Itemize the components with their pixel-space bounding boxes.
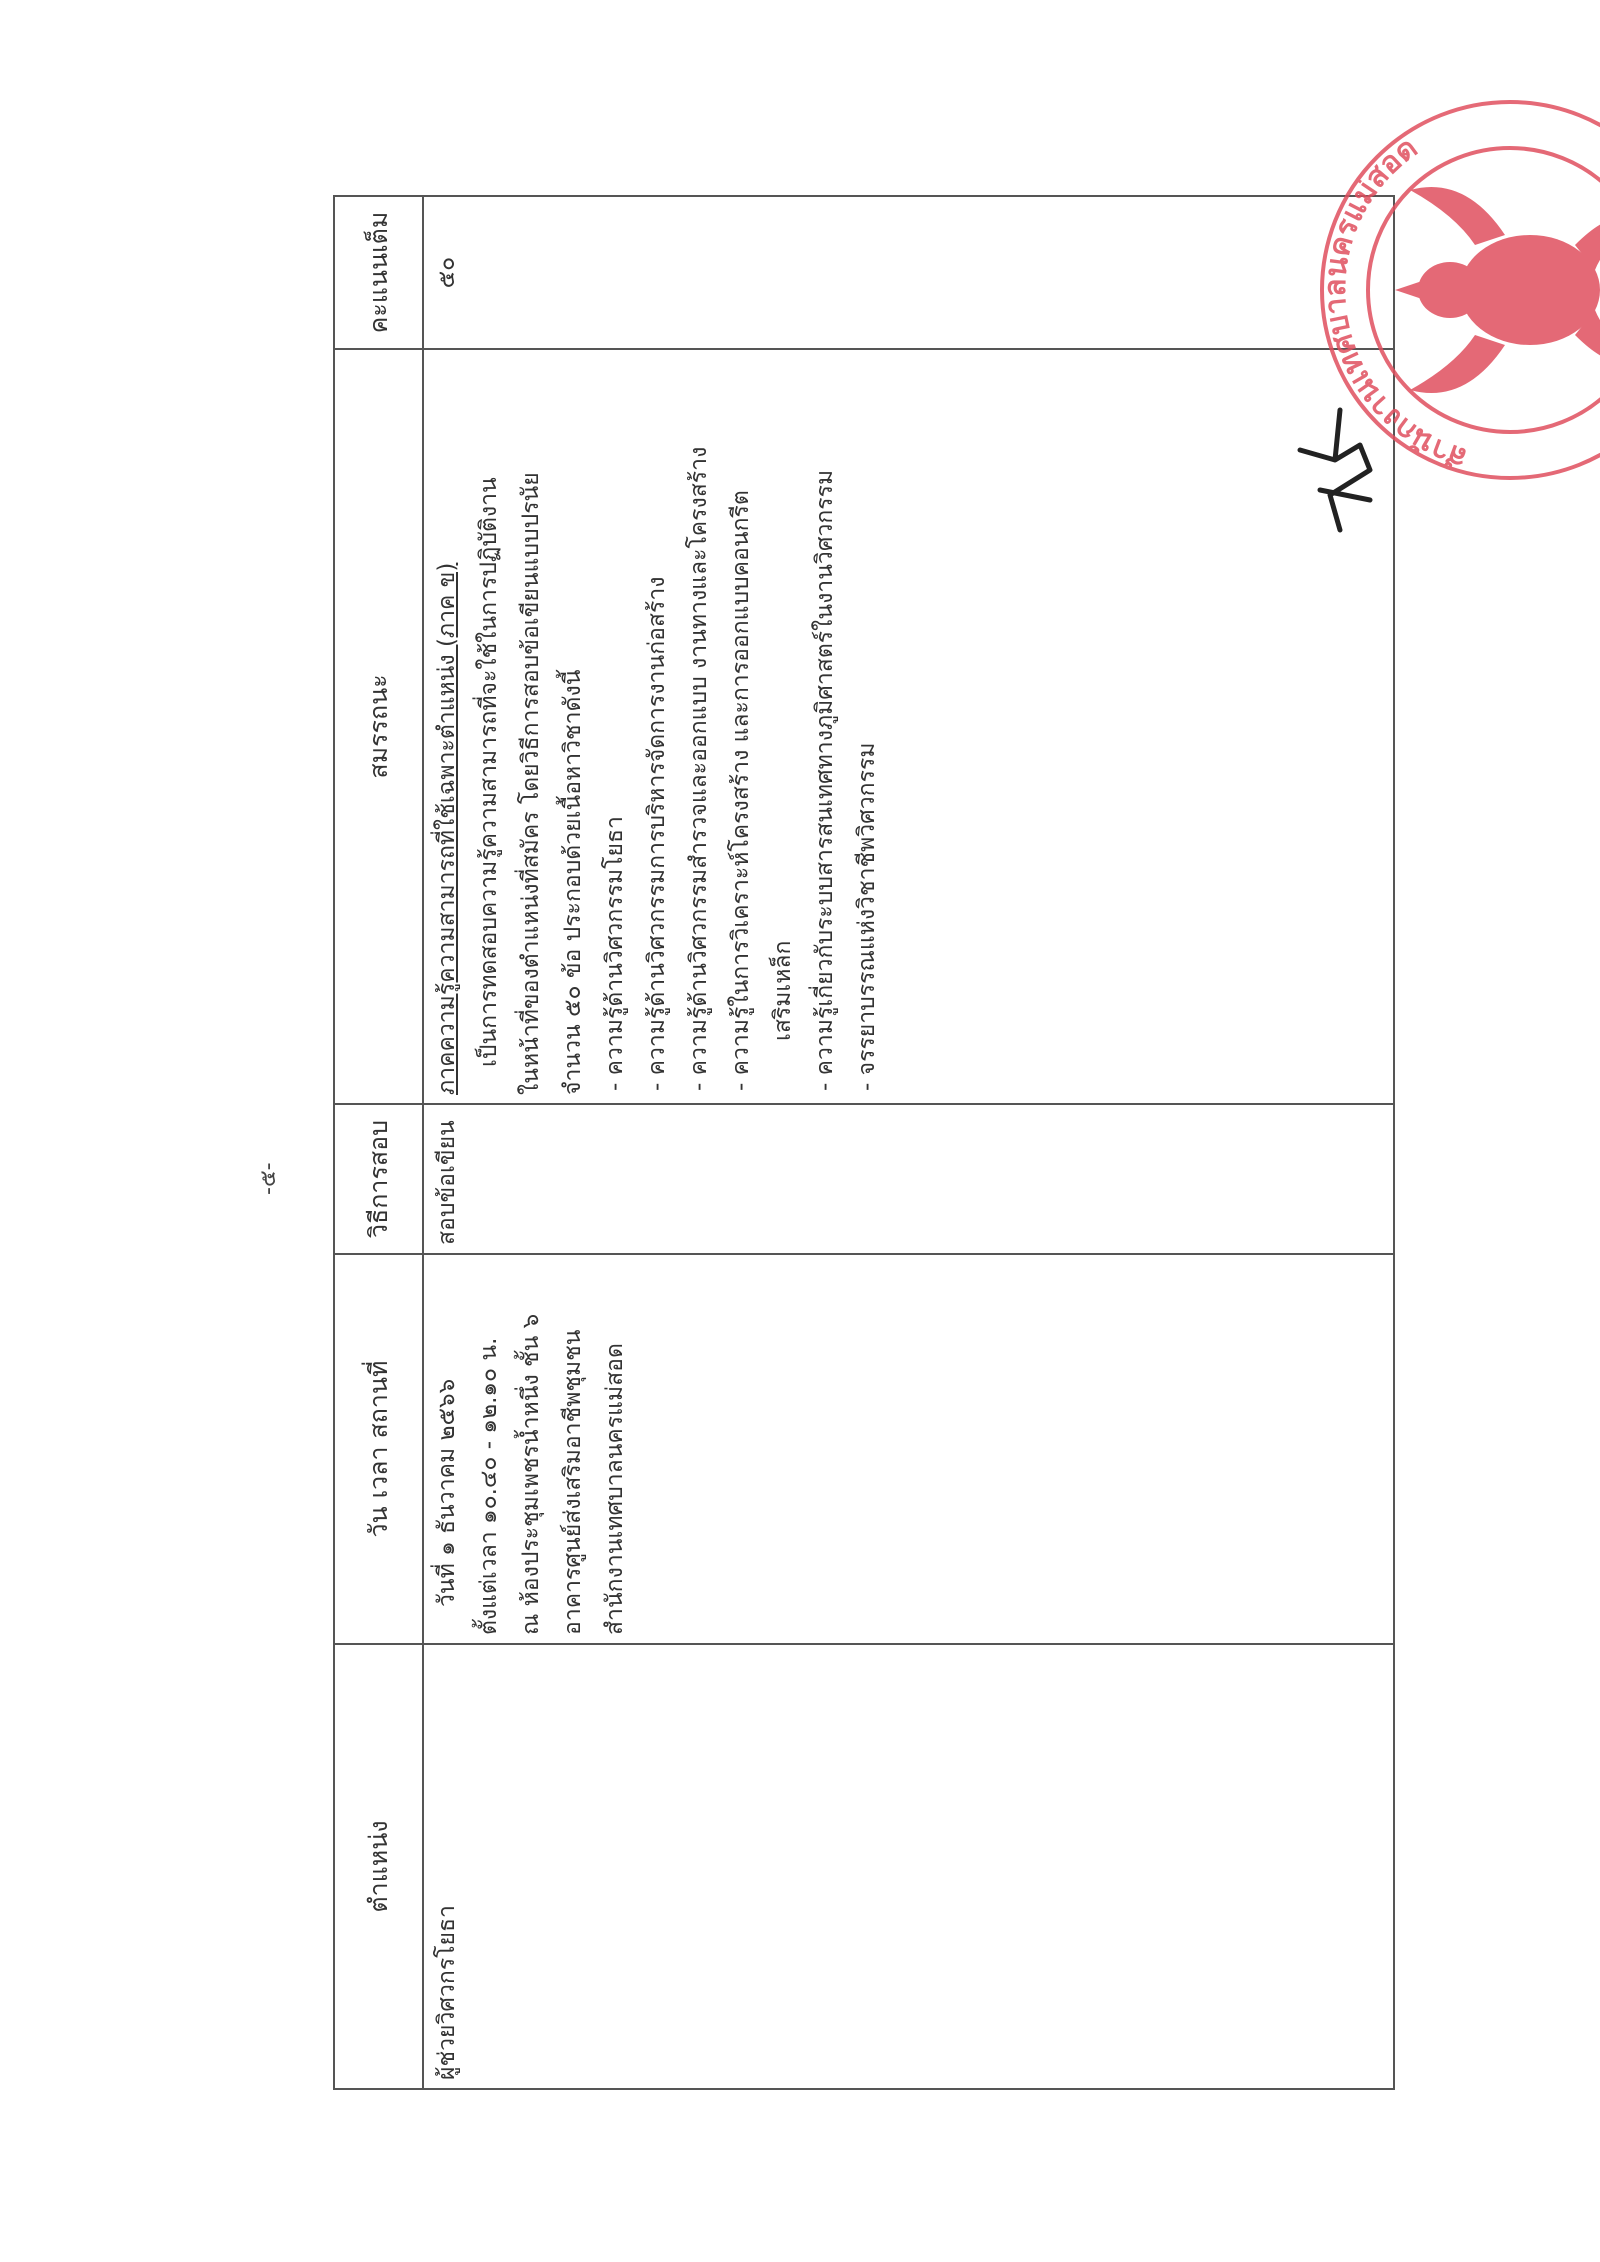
full-score-value: ๕๐ bbox=[426, 205, 468, 340]
header-competency: สมรรถนะ bbox=[334, 349, 423, 1104]
competency-intro-2: ในหน้าที่ของตำแหน่งที่สมัคร โดยวิธีการสอ… bbox=[510, 358, 552, 1095]
cell-method: สอบข้อเขียน bbox=[423, 1104, 1394, 1254]
cell-position: ผู้ช่วยวิศวกรโยธา bbox=[423, 1644, 1394, 2089]
exam-office: สำนักงานเทศบาลนครแม่สอด bbox=[594, 1263, 636, 1635]
exam-room: ณ ห้องประชุมเพชรน้ำหนึ่ง ชั้น ๖ bbox=[510, 1263, 552, 1635]
exam-method: สอบข้อเขียน bbox=[426, 1113, 468, 1245]
header-full-score: คะแนนเต็ม bbox=[334, 196, 423, 349]
competency-intro-3: จำนวน ๕๐ ข้อ ประกอบด้วยเนื้อหาวิชาดังนี้ bbox=[552, 358, 594, 1095]
garuda-emblem-icon bbox=[1395, 187, 1600, 393]
competency-intro-1: เป็นการทดสอบความรู้ความสามารถที่จะใช้ในก… bbox=[468, 358, 510, 1095]
cell-full-score: ๕๐ bbox=[423, 196, 1394, 349]
exam-time: ตั้งแต่เวลา ๑๐.๔๐ - ๑๒.๑๐ น. bbox=[468, 1263, 510, 1635]
position-name: ผู้ช่วยวิศวกรโยธา bbox=[426, 1653, 468, 2080]
competency-item: - ความรู้ด้านวิศวกรรมสำรวจและออกแบบ งานท… bbox=[678, 358, 720, 1095]
table-row: ผู้ช่วยวิศวกรโยธา วันที่ ๑ ธันวาคม ๒๕๖๖ … bbox=[423, 196, 1394, 2089]
cell-date-place: วันที่ ๑ ธันวาคม ๒๕๖๖ ตั้งแต่เวลา ๑๐.๔๐ … bbox=[423, 1254, 1394, 1644]
exam-schedule-table: ตำแหน่ง วัน เวลา สถานที่ วิธีการสอบ สมรร… bbox=[333, 195, 1395, 2090]
table-header-row: ตำแหน่ง วัน เวลา สถานที่ วิธีการสอบ สมรร… bbox=[334, 196, 423, 2089]
header-date-place: วัน เวลา สถานที่ bbox=[334, 1254, 423, 1644]
competency-heading: ภาคความรู้ความสามารถที่ใช้เฉพาะตำแหน่ง (… bbox=[426, 358, 468, 1095]
competency-item: - ความรู้ด้านวิศวกรรมโยธา bbox=[594, 358, 636, 1095]
header-position: ตำแหน่ง bbox=[334, 1644, 423, 2089]
exam-date: วันที่ ๑ ธันวาคม ๒๕๖๖ bbox=[426, 1263, 468, 1635]
competency-item: - ความรู้ในการวิเคราะห์โครงสร้าง และการอ… bbox=[720, 358, 762, 1095]
competency-item: - ความรู้เกี่ยวกับระบบสารสนเทศทางภูมิศาส… bbox=[804, 358, 846, 1095]
competency-item: - ความรู้ด้านวิศวกรรมการบริหารจัดการงานก… bbox=[636, 358, 678, 1095]
cell-competency: ภาคความรู้ความสามารถที่ใช้เฉพาะตำแหน่ง (… bbox=[423, 349, 1394, 1104]
page-number: -๕- bbox=[250, 1162, 285, 1195]
header-method: วิธีการสอบ bbox=[334, 1104, 423, 1254]
exam-schedule-table-container: ตำแหน่ง วัน เวลา สถานที่ วิธีการสอบ สมรร… bbox=[333, 197, 1395, 2090]
competency-item-continuation: เสริมเหล็ก bbox=[762, 358, 804, 1095]
competency-item: - จรรยาบรรณแห่งวิชาชีพวิศวกรรม bbox=[846, 358, 888, 1095]
signature-icon bbox=[1280, 400, 1400, 540]
exam-building: อาคารศูนย์ส่งเสริมอาชีพชุมชน bbox=[552, 1263, 594, 1635]
